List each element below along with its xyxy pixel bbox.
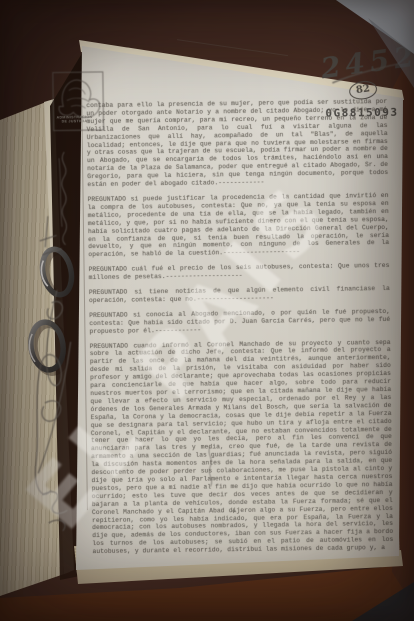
margin-signature-flourish	[33, 290, 73, 530]
tiny-margin-note	[209, 446, 212, 486]
document-photo: 2452 82 0G8815093 ADMINISTRACION DE JUST…	[0, 0, 414, 621]
margin-marks	[40, 216, 62, 254]
handwritten-underline	[333, 64, 399, 83]
page-content: 2452 82 0G8815093 ADMINISTRACION DE JUST…	[0, 0, 414, 621]
margin-signatures	[0, 0, 414, 621]
margin-handwriting-upper	[59, 152, 67, 244]
justice-stamp-emblem	[53, 72, 104, 131]
